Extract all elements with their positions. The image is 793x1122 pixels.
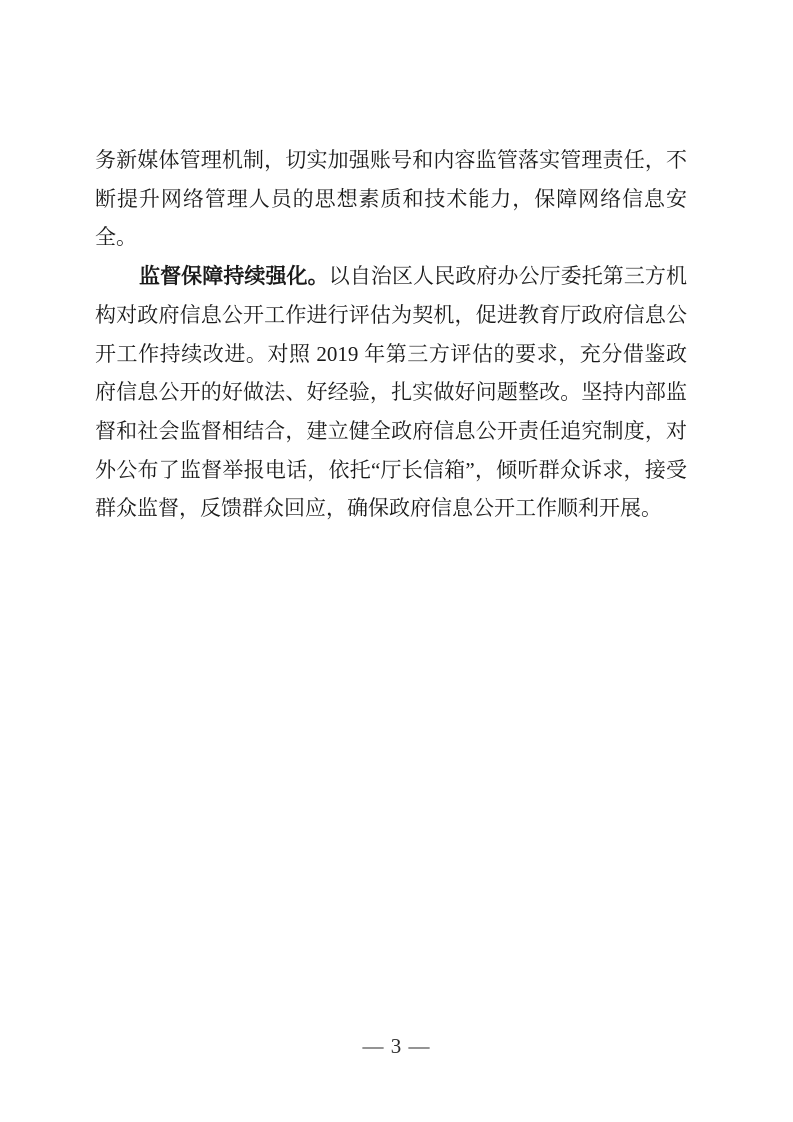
paragraph-text: 以自治区人民政府办公厅委托第三方机构对政府信息公开工作进行评估为契机，促进教育厅… xyxy=(95,264,687,520)
paragraph-supervision: 监督保障持续强化。以自治区人民政府办公厅委托第三方机构对政府信息公开工作进行评估… xyxy=(95,257,687,528)
paragraph-continuation: 务新媒体管理机制，切实加强账号和内容监管落实管理责任，不断提升网络管理人员的思想… xyxy=(95,141,687,257)
paragraph-lead-bold: 监督保障持续强化。 xyxy=(139,264,329,288)
page-number: — 3 — xyxy=(363,1034,431,1058)
page-footer: — 3 — xyxy=(0,1035,793,1057)
document-body: 务新媒体管理机制，切实加强账号和内容监管落实管理责任，不断提升网络管理人员的思想… xyxy=(95,141,687,528)
document-page: 务新媒体管理机制，切实加强账号和内容监管落实管理责任，不断提升网络管理人员的思想… xyxy=(0,0,793,1122)
paragraph-text: 务新媒体管理机制，切实加强账号和内容监管落实管理责任，不断提升网络管理人员的思想… xyxy=(95,148,687,249)
